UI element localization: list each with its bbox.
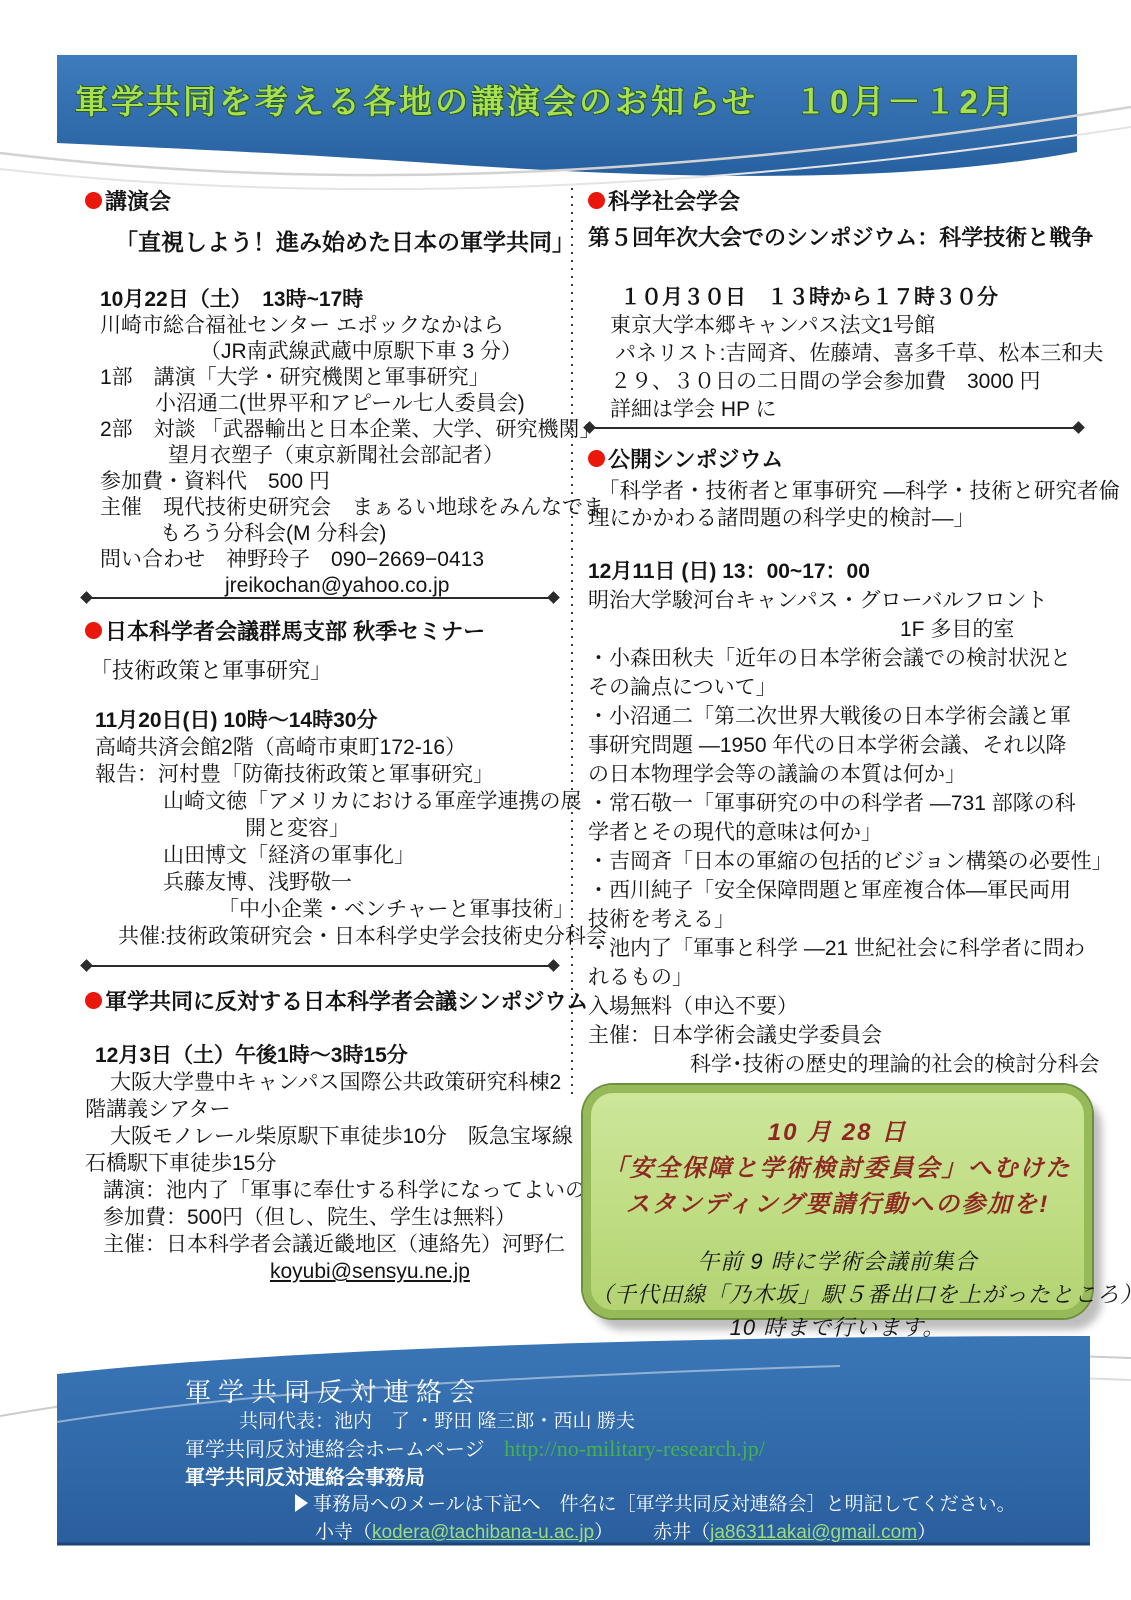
section-subtitle-line: 理にかかわる諸問題の科学史的検討—」 — [588, 505, 1088, 532]
text-line: もろう分科会(M 分科会) — [85, 521, 565, 547]
text-line: ２９、３０日の二日間の学会参加費 3000 円 — [588, 368, 1088, 396]
section-heading-label: 講演会 — [105, 185, 171, 216]
text-line: ・常石敬一「軍事研究の中の科学者 —731 部隊の科 — [588, 789, 1088, 818]
footer-org-name: 軍学共同反対連絡会 — [185, 1372, 482, 1409]
text-line: 報告：河村豊「防衛技術政策と軍事研究」 — [85, 761, 565, 788]
text-line: 技術を考える」 — [588, 905, 1088, 934]
text-line: 大阪モノレール柴原駅下車徒歩10分 阪急宝塚線 — [85, 1123, 565, 1150]
footer-mail-note: 事務局へのメールは下記へ 件名に［軍学共同反対連絡会］と明記してください。 — [313, 1489, 1016, 1516]
text-line: パネリスト:吉岡斉、佐藤靖、喜多千草、松本三和夫 — [588, 340, 1088, 368]
section-heading-label: 科学社会学会 — [608, 185, 740, 216]
callout-text-line: 「安全保障と学術検討委員会」へむけた — [591, 1151, 1084, 1187]
callout-date: 10 月 28 日 — [591, 1115, 1084, 1151]
text-line: 「中小企業・ベンチャーと軍事技術」 — [85, 896, 565, 923]
section-science-society: 科学社会学会 第５回年次大会でのシンポジウム：科学技術と戦争 １０月３０日 １３… — [588, 185, 1088, 424]
text-line: ・西川純子「安全保障問題と軍産複合体—軍民両用 — [588, 876, 1088, 905]
page: { "header": { "title": "軍学共同を考える各地の講演会のお… — [0, 0, 1131, 1600]
text-line: 12月11日 (日) 13：00~17：00 — [588, 557, 1088, 586]
text-line: 高崎共済会館2階（高崎市東町172-16） — [85, 734, 565, 761]
section-heading-label: 軍学共同に反対する日本科学者会議シンポジウム — [105, 985, 588, 1016]
text-line: 主催 現代技術史研究会 まぁるい地球をみんなでま — [85, 495, 565, 521]
triangle-bullet-icon — [295, 1494, 308, 1512]
text-line: 石橋駅下車徒歩15分 — [85, 1150, 565, 1177]
footer-homepage-line: 軍学共同反対連絡会ホームページ http://no-military-resea… — [185, 1433, 765, 1462]
text-line: 1部 講演「大学・研究機関と軍事研究」 — [85, 365, 565, 391]
text-line: 参加費・資料代 500 円 — [85, 469, 565, 495]
text-line: 11月20日(日) 10時～14時30分 — [85, 707, 565, 734]
diamond-divider — [85, 965, 555, 967]
text-line: ・小沼通二「第二次世界大戦後の日本学術会議と軍 — [588, 702, 1088, 731]
text-line: 事研究問題 —1950 年代の日本学術会議、それ以降 — [588, 731, 1088, 760]
section-heading-line2: 第５回年次大会でのシンポジウム：科学技術と戦争 — [588, 221, 1088, 252]
text-line: 問い合わせ 神野玲子 090−2669−0413 — [85, 547, 565, 573]
text-line: 入場無料（申込不要） — [588, 992, 1088, 1021]
text-line: 東京大学本郷キャンパス法文1号館 — [588, 312, 1088, 340]
section-subtitle: 「技術政策と軍事研究」 — [85, 654, 565, 685]
text-line: ・吉岡斉「日本の軍縮の包括的ビジョン構築の必要性」 — [588, 847, 1088, 876]
footer-homepage-url-link[interactable]: http://no-military-research.jp/ — [504, 1436, 765, 1461]
text-line: 参加費：500円（但し、院生、学生は無料） — [85, 1204, 565, 1231]
contact-paren: ） — [594, 1522, 613, 1543]
section-lecture: 講演会 「直視しよう！進み始めた日本の軍学共同」 10月22日（土） 13時~1… — [85, 185, 565, 599]
section-subtitle-line: 「科学者・技術者と軍事研究 —科学・技術と研究者倫 — [588, 478, 1088, 505]
column-divider-dotted-line — [571, 188, 573, 1100]
section-heading-label: 公開シンポジウム — [608, 443, 783, 474]
footer-mail-note-line: 事務局へのメールは下記へ 件名に［軍学共同反対連絡会］と明記してください。 — [295, 1489, 1016, 1516]
red-bullet-icon — [588, 192, 605, 209]
callout-detail-line: 午前 9 時に学術会議前集合 — [591, 1245, 1084, 1278]
section-subtitle: 「直視しよう！進み始めた日本の軍学共同」 — [85, 224, 565, 257]
red-bullet-icon — [85, 192, 102, 209]
text-line: 山崎文徳「アメリカにおける軍産学連携の展 — [85, 788, 565, 815]
contact-paren: ） — [917, 1522, 936, 1543]
text-line: 山田博文「経済の軍事化」 — [85, 842, 565, 869]
text-line: 科学･技術の歴史的理論的社会的検討分科会 — [588, 1050, 1088, 1079]
text-line: ・小森田秋夫「近年の日本学術会議での検討状況と — [588, 644, 1088, 673]
text-line: 階講義シアター — [85, 1096, 565, 1123]
action-callout-box: 10 月 28 日 「安全保障と学術検討委員会」へむけた スタンディング要請行動… — [583, 1085, 1092, 1318]
footer-content: 軍学共同反対連絡会 共同代表：池内 了 ・野田 隆三郎・西山 勝夫 軍学共同反対… — [57, 1330, 1090, 1550]
section-gunma-seminar: 日本科学者会議群馬支部 秋季セミナー 「技術政策と軍事研究」 11月20日(日)… — [85, 615, 565, 950]
footer-office-name: 軍学共同反対連絡会事務局 — [185, 1461, 425, 1490]
text-line: 12月3日（土）午後1時～3時15分 — [85, 1042, 565, 1069]
text-line: 小沼通二(世界平和アピール七人委員会) — [85, 391, 565, 417]
text-line: 2部 対談 「武器輸出と日本企業、大学、研究機関」 — [85, 417, 565, 443]
contact-name: 小寺（ — [315, 1522, 372, 1543]
section-heading: 科学社会学会 — [588, 185, 1088, 216]
callout-detail-line: （千代田線「乃木坂」駅５番出口を上がったところ） — [591, 1278, 1084, 1311]
text-line: れるもの」 — [588, 963, 1088, 992]
contact-email-link[interactable]: ja86311akai@gmail.com — [710, 1522, 917, 1543]
text-line: 開と変容」 — [85, 815, 565, 842]
text-line: 明治大学駿河台キャンパス・グローバルフロント — [588, 586, 1088, 615]
section-heading-label: 第５回年次大会でのシンポジウム：科学技術と戦争 — [588, 221, 1093, 252]
section-jsa-symposium: 軍学共同に反対する日本科学者会議シンポジウム 12月3日（土）午後1時～3時15… — [85, 985, 565, 1285]
text-line: 兵藤友博、浅野敬一 — [85, 869, 565, 896]
text-line: 講演：池内了「軍事に奉仕する科学になってよいのか」 — [85, 1177, 565, 1204]
text-line: 詳細は学会 HP に — [588, 396, 1088, 424]
text-line: 共催:技術政策研究会・日本科学史学会技術史分科会 — [85, 923, 565, 950]
text-line: （JR南武線武蔵中原駅下車 3 分） — [85, 339, 565, 365]
text-line: ・池内了「軍事と科学 —21 世紀社会に科学者に問わ — [588, 934, 1088, 963]
contact-email: jreikochan@yahoo.co.jp — [85, 573, 565, 599]
contact-email-link[interactable]: koyubi@sensyu.ne.jp — [85, 1258, 565, 1285]
page-title: 軍学共同を考える各地の講演会のお知らせ １0月－１2月 — [75, 76, 1017, 123]
section-heading: 軍学共同に反対する日本科学者会議シンポジウム — [85, 985, 565, 1016]
footer-representatives: 共同代表：池内 了 ・野田 隆三郎・西山 勝夫 — [239, 1406, 635, 1433]
contact-name: 赤井（ — [653, 1522, 710, 1543]
red-bullet-icon — [85, 622, 102, 639]
text-line: 学者とその現代的意味は何か」 — [588, 818, 1088, 847]
footer-contacts-line: 小寺（kodera@tachibana-u.ac.jp）赤井（ja86311ak… — [315, 1517, 936, 1544]
section-heading: 講演会 — [85, 185, 565, 216]
text-line: 主催：日本科学者会議近畿地区（連絡先）河野仁 — [85, 1231, 565, 1258]
section-heading: 公開シンポジウム — [588, 443, 1088, 474]
text-line: の日本物理学会等の議論の本質は何か」 — [588, 760, 1088, 789]
text-line: 10月22日（土） 13時~17時 — [85, 287, 565, 313]
text-line: 望月衣塑子（東京新聞社会部記者） — [85, 443, 565, 469]
text-line: 大阪大学豊中キャンパス国際公共政策研究科棟2 — [85, 1069, 565, 1096]
text-line: 川崎市総合福祉センター エポックなかはら — [85, 313, 565, 339]
diamond-divider — [85, 597, 555, 599]
text-line: １０月３０日 １３時から１７時３０分 — [588, 284, 1088, 312]
text-line: 主催：日本学術会議史学委員会 — [588, 1021, 1088, 1050]
red-bullet-icon — [85, 992, 102, 1009]
footer-homepage-label: 軍学共同反対連絡会ホームページ — [185, 1439, 485, 1461]
section-heading: 日本科学者会議群馬支部 秋季セミナー — [85, 615, 565, 646]
section-heading-label: 日本科学者会議群馬支部 秋季セミナー — [105, 615, 485, 646]
callout-text-line: スタンディング要請行動への参加を! — [591, 1187, 1084, 1223]
text-line: 1F 多目的室 — [588, 615, 1088, 644]
contact-email-link[interactable]: kodera@tachibana-u.ac.jp — [372, 1522, 594, 1543]
section-open-symposium: 公開シンポジウム 「科学者・技術者と軍事研究 —科学・技術と研究者倫 理にかかわ… — [588, 443, 1088, 1079]
text-line: その論点について」 — [588, 673, 1088, 702]
red-bullet-icon — [588, 450, 605, 467]
diamond-divider — [588, 427, 1080, 429]
